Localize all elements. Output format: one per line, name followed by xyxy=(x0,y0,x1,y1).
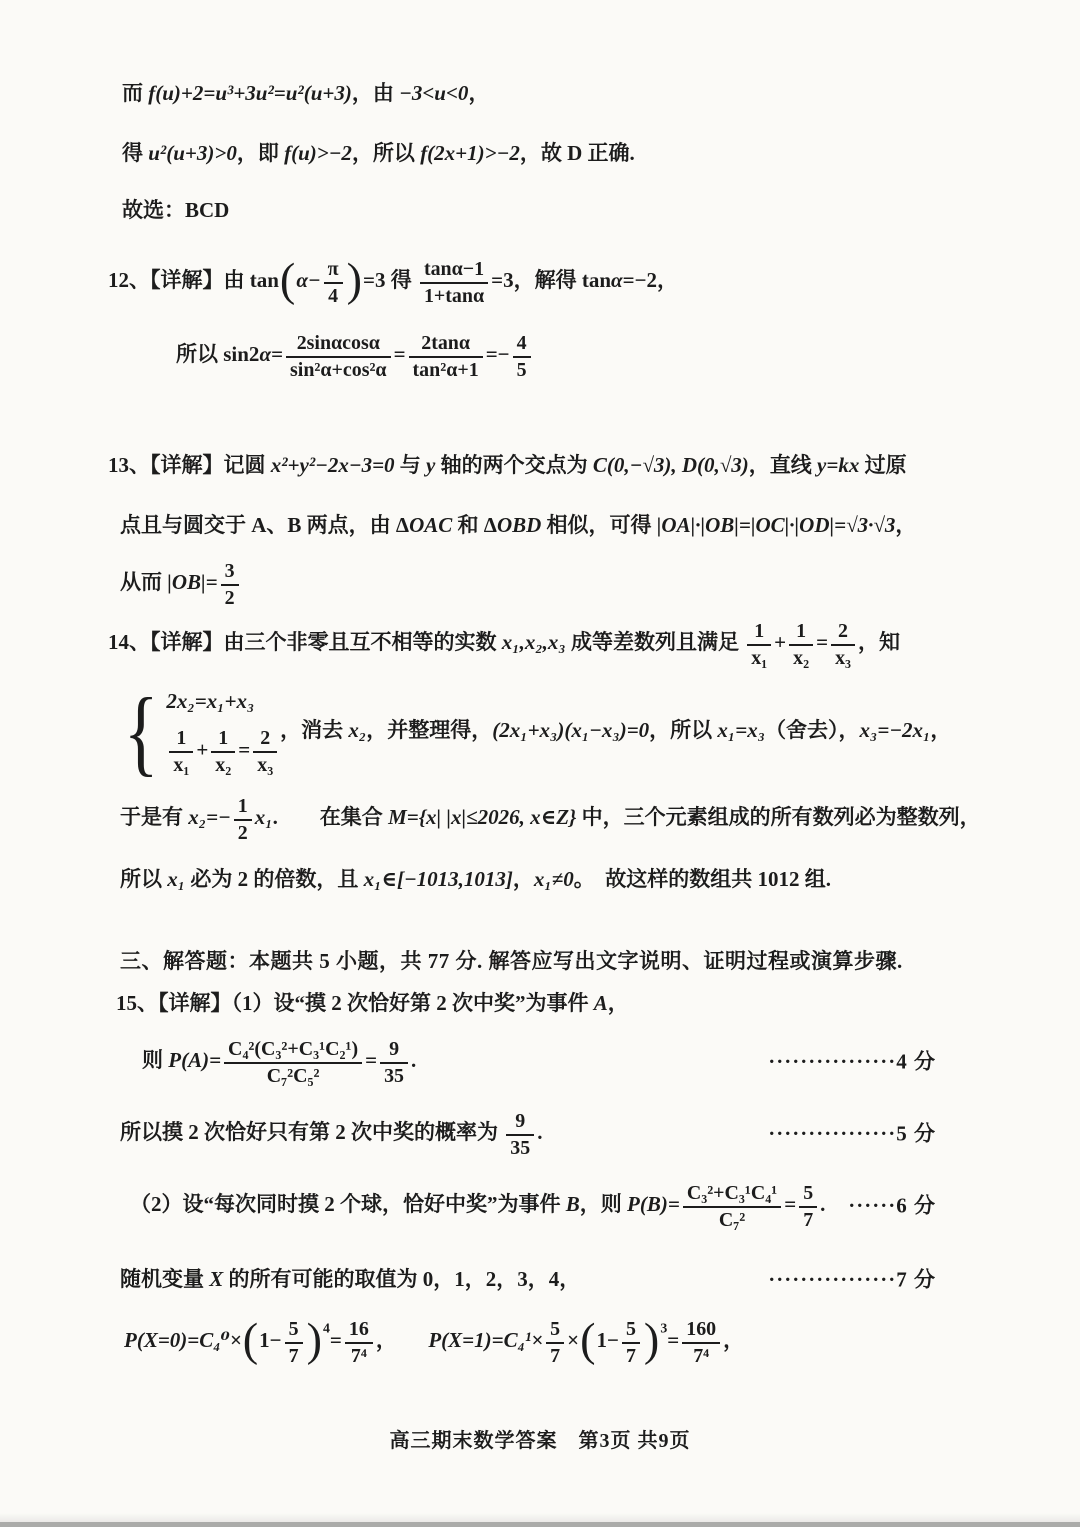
fraction: 57 xyxy=(799,1182,817,1231)
fraction: 57 xyxy=(622,1318,640,1367)
answer14-line1: 14、【详解】由三个非零且互不相等的实数 x₁,x₂,x₃ 成等差数列且满足 1… xyxy=(108,620,900,669)
fraction: C₃²+C₃¹C₄¹C₇² xyxy=(683,1182,781,1231)
answer11-line-fu: 而 f(u)+2=u³+3u²=u²(u+3)，由 −3<u<0， xyxy=(122,80,489,107)
answer13-line2: 点且与圆交于 A、B 两点，由 ΔOAC 和 ΔOBD 相似，可得 |OA|·|… xyxy=(120,512,916,539)
big-paren: ) xyxy=(346,254,363,305)
system-brace: { xyxy=(124,689,159,776)
fraction: 1x₂ xyxy=(789,620,813,669)
answer12-line2: 所以 sin2α=2sinαcosαsin²α+cos²α=2tanαtan²α… xyxy=(176,332,534,381)
fraction: 32 xyxy=(221,560,239,609)
big-paren: ) xyxy=(306,1314,323,1365)
fraction: 2tanαtan²α+1 xyxy=(409,332,483,381)
fraction: tanα−11+tanα xyxy=(420,258,488,307)
answer11-line-conclusion: 得 u²(u+3)>0，即 f(u)>−2，所以 f(2x+1)>−2，故 D … xyxy=(122,140,635,167)
answer13-line3: 从而 |OB|=32 xyxy=(120,560,242,609)
fraction: 935 xyxy=(506,1110,534,1159)
score-marker: ················7 分 xyxy=(768,1266,936,1293)
answer14-system-line: {2x₂=x₁+x₃1x₁+1x₂=2x₃，消去 x₂，并整理得，(2x₁+x₃… xyxy=(118,688,951,776)
answer13-line1: 13、【详解】记圆 x²+y²−2x−3=0 与 y 轴的两个交点为 C(0,−… xyxy=(108,452,907,479)
scanned-answer-page: 而 f(u)+2=u³+3u²=u²(u+3)，由 −3<u<0，得 u²(u+… xyxy=(0,0,1080,1527)
score-marker: ················5 分 xyxy=(768,1121,936,1148)
footer-text: 高三期末数学答案 第3页 共9页 xyxy=(390,1430,691,1452)
scan-bottom-edge xyxy=(0,1522,1080,1527)
answer15-part1-setup: 15、【详解】（1）设“摸 2 次恰好第 2 次中奖”为事件 A， xyxy=(116,990,629,1017)
fraction: C₄²(C₃²+C₃¹C₂¹)C₇²C₅² xyxy=(224,1038,362,1087)
fraction: 45 xyxy=(513,332,531,381)
fraction: 1607⁴ xyxy=(682,1318,720,1367)
fraction: 57 xyxy=(546,1318,564,1367)
section3-header: 三、解答题：本题共 5 小题，共 77 分. 解答应写出文字说明、证明过程或演算… xyxy=(120,948,903,975)
fraction: 57 xyxy=(285,1318,303,1367)
exponent: 4 xyxy=(323,1321,330,1336)
answer15-pa-conclusion: 所以摸 2 次恰好只有第 2 次中奖的概率为 935.·············… xyxy=(120,1110,976,1159)
big-paren: ( xyxy=(242,1314,259,1365)
fraction: 1x₁ xyxy=(747,620,771,669)
big-paren: ( xyxy=(279,254,296,305)
page-footer: 高三期末数学答案 第3页 共9页 xyxy=(0,1424,1080,1453)
answer-content: 而 f(u)+2=u³+3u²=u²(u+3)，由 −3<u<0，得 u²(u+… xyxy=(108,0,988,1420)
answer15-px-formulas: P(X=0)=C₄⁰×(1−57)4=167⁴， P(X=1)=C₄¹×57×(… xyxy=(124,1318,744,1367)
fraction: 12 xyxy=(234,795,252,844)
big-paren: ) xyxy=(643,1314,660,1365)
fraction: π4 xyxy=(324,258,343,307)
fraction: 1x₂ xyxy=(211,727,235,776)
answer14-line3: 于是有 x₂=−12x₁. 在集合 M={x| |x|≤2026, x∈Z} 中… xyxy=(120,795,981,844)
answer14-line4: 所以 x₁ 必为 2 的倍数，且 x₁∈[−1013,1013]，x₁≠0。 故… xyxy=(120,866,831,893)
fraction: 935 xyxy=(380,1038,408,1087)
answer15-x-values: 随机变量 X 的所有可能的取值为 0，1，2，3，4，·············… xyxy=(120,1266,976,1293)
score-marker: ······6 分 xyxy=(848,1193,936,1220)
fraction: 167⁴ xyxy=(345,1318,373,1367)
fraction: 2sinαcosαsin²α+cos²α xyxy=(286,332,391,381)
big-paren: ( xyxy=(579,1314,596,1365)
fraction: 2x₃ xyxy=(253,727,277,776)
score-marker: ················4 分 xyxy=(768,1049,936,1076)
answer12-line1: 12、【详解】由 tan(α−π4)=3 得 tanα−11+tanα=3，解得… xyxy=(108,258,678,307)
equation-system: {2x₂=x₁+x₃1x₁+1x₂=2x₃ xyxy=(118,688,280,776)
answer11-choice: 故选：BCD xyxy=(122,197,229,224)
answer15-pa-formula: 则 P(A)=C₄²(C₃²+C₃¹C₂¹)C₇²C₅²=935.·······… xyxy=(142,1038,976,1087)
answer15-part2-pb: （2）设“每次同时摸 2 个球，恰好中奖”为事件 B，则 P(B)=C₃²+C₃… xyxy=(130,1182,976,1231)
system-row: 2x₂=x₁+x₃ xyxy=(166,688,254,715)
fraction: 1x₁ xyxy=(169,727,193,776)
system-row: 1x₁+1x₂=2x₃ xyxy=(166,727,280,776)
fraction: 2x₃ xyxy=(831,620,855,669)
